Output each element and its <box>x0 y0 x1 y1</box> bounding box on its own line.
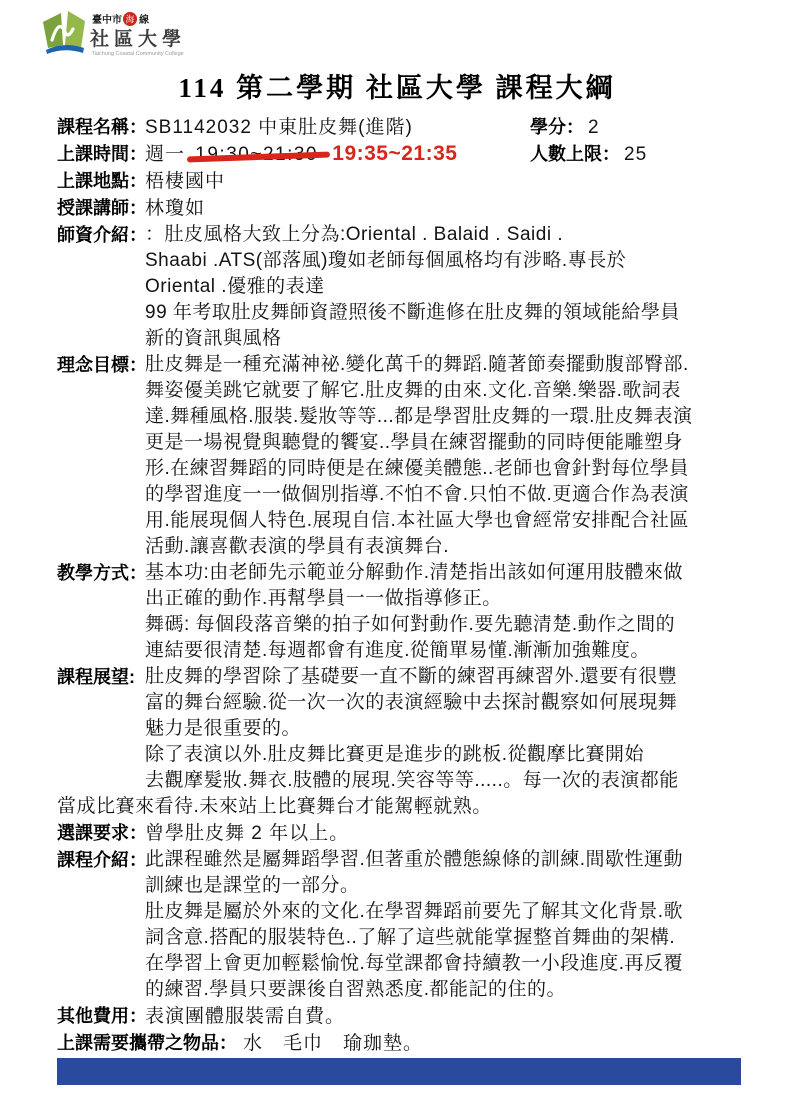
other-fees-row: 其他費用： 表演團體服裝需自費。 <box>57 1003 747 1030</box>
teaching-method-line: 基本功:由老師先示範並分解動作.清楚指出該如何運用肢體來做 <box>145 560 747 586</box>
logo-region-prefix: 臺中市 <box>92 13 122 26</box>
new-time-correction: 19:35~21:35 <box>332 142 457 165</box>
other-fees-label: 其他費用： <box>57 1003 145 1029</box>
logo-region-suffix: 線 <box>138 13 149 26</box>
syllabus-body: 課程名稱： SB1142032 中東肚皮舞(進階) 學分： 2 上課時間： 週一… <box>57 114 747 1057</box>
outlook-line: 魅力是很重要的。 <box>145 716 747 742</box>
capacity-label: 人數上限： <box>530 141 620 167</box>
course-intro-line: 此課程雖然是屬舞蹈學習.但著重於體態線條的訓練.間歇性運動 <box>145 847 747 873</box>
items-to-bring-value: 水 毛巾 瑜珈墊。 <box>243 1031 423 1057</box>
instructor-row: 授課講師： 林瓊如 <box>57 195 747 222</box>
course-intro-line: 在學習上會更加輕鬆愉悅.每堂課都會持續教一小段進度.再反覆 <box>145 951 747 977</box>
course-intro-section: 課程介紹： 此課程雖然是屬舞蹈學習.但著重於體態線條的訓練.間歇性運動 訓練也是… <box>57 847 747 1003</box>
requirement-label: 選課要求： <box>57 820 145 846</box>
teaching-method-line: 舞碼: 每個段落音樂的拍子如何對動作.要先聽清楚.動作之間的 <box>145 612 747 638</box>
old-time-struck: 19:30~21:30 <box>195 142 318 168</box>
instructor-label: 授課講師： <box>57 195 145 221</box>
teacher-intro-label: 師資介紹： <box>57 222 145 352</box>
goals-line: 更是一場視覺與聽覺的饗宴..學員在練習擺動的同時便能雕塑身 <box>145 430 747 456</box>
other-fees-value: 表演團體服裝需自費。 <box>145 1004 345 1030</box>
logo-text: 臺中市 海 線 社區大學 Taichung Coastal Community … <box>89 12 186 57</box>
course-name-row: 課程名稱： SB1142032 中東肚皮舞(進階) 學分： 2 <box>57 114 747 141</box>
seal-character: 海 <box>125 14 134 25</box>
requirement-value: 曾學肚皮舞 2 年以上。 <box>145 821 349 847</box>
goals-line: 活動.讓喜歡表演的學員有表演舞台. <box>145 534 747 560</box>
teaching-method-line: 連結要很清楚.每週都會有進度.從簡單易懂.漸漸加強難度。 <box>145 638 747 664</box>
course-intro-line: 詞含意.搭配的服裝特色..了解了這些就能掌握整首舞曲的架構. <box>145 925 747 951</box>
items-to-bring-row: 上課需要攜帶之物品： 水 毛巾 瑜珈墊。 <box>57 1030 747 1057</box>
location-value: 梧棲國中 <box>145 169 225 195</box>
outlook-line: 富的舞台經驗.從一次一次的表演經驗中去探討觀察如何展現舞 <box>145 690 747 716</box>
teaching-method-label: 教學方式： <box>57 560 145 664</box>
capacity-field: 人數上限： 25 <box>530 141 647 168</box>
teacher-intro-line: Shaabi .ATS(部落風)瓊如老師每個風格均有涉略.專長於 <box>145 248 747 274</box>
teacher-intro-line: 99 年考取肚皮舞師資證照後不斷進修在肚皮舞的領域能給學員 <box>145 300 747 326</box>
teacher-intro-line: 新的資訊與風格 <box>145 326 747 352</box>
course-intro-label: 課程介紹： <box>57 847 145 1003</box>
footer-blue-bar <box>57 1058 741 1085</box>
requirement-row: 選課要求： 曾學肚皮舞 2 年以上。 <box>57 820 747 847</box>
outlook-section: 課程展望: 肚皮舞的學習除了基礎要一直不斷的練習再練習外.還要有很豐 富的舞台經… <box>57 664 747 820</box>
credits-field: 學分： 2 <box>530 114 600 141</box>
goals-line: 用.能展現個人特色.展現自信.本社區大學也會經常安排配合社區 <box>145 508 747 534</box>
location-row: 上課地點： 梧棲國中 <box>57 168 747 195</box>
location-label: 上課地點： <box>57 168 145 194</box>
class-time-label: 上課時間： <box>57 141 145 167</box>
class-day: 週一 <box>145 144 185 165</box>
instructor-value: 林瓊如 <box>145 196 205 222</box>
teacher-intro-line: ：肚皮風格大致上分為:Oriental . Balaid . Saidi . <box>145 222 747 248</box>
teacher-intro-line: Oriental .優雅的表達 <box>145 274 747 300</box>
logo-english-name: Taichung Coastal Community College <box>92 51 184 57</box>
course-intro-line: 的練習.學員只要課後自習熟悉度.都能記的住的。 <box>145 977 747 1003</box>
goals-line: 舞姿優美跳它就要了解它.肚皮舞的由來.文化.音樂.樂器.歌詞表 <box>145 378 747 404</box>
outlook-line: 除了表演以外.肚皮舞比賽更是進步的跳板.從觀摩比賽開始 <box>145 742 747 768</box>
open-book-icon <box>43 11 85 54</box>
goals-label: 理念目標： <box>57 352 145 560</box>
teaching-method-line: 出正確的動作.再幫學員一一做指導修正。 <box>145 586 747 612</box>
course-intro-line: 訓練也是課堂的一部分。 <box>145 873 747 899</box>
capacity-value: 25 <box>624 142 647 168</box>
outlook-line: 去觀摩髮妝.舞衣.肢體的展現.笑容等等.....。每一次的表演都能 <box>145 768 747 794</box>
course-intro-line: 肚皮舞是屬於外來的文化.在學習舞蹈前要先了解其文化背景.歌 <box>145 899 747 925</box>
goals-line: 肚皮舞是一種充滿神祕.變化萬千的舞蹈.隨著節奏擺動腹部臀部. <box>145 352 747 378</box>
goals-line: 達.舞種風格.服裝.髮妝等等...都是學習肚皮舞的一環.肚皮舞表演 <box>145 404 747 430</box>
items-to-bring-label: 上課需要攜帶之物品： <box>57 1030 237 1056</box>
course-name-value: SB1142032 中東肚皮舞(進階) <box>145 115 413 141</box>
outlook-line: 當成比賽來看待.未來站上比賽舞台才能駕輕就熟。 <box>57 794 747 820</box>
goals-section: 理念目標： 肚皮舞是一種充滿神祕.變化萬千的舞蹈.隨著節奏擺動腹部臀部. 舞姿優… <box>57 352 747 560</box>
goals-line: 形.在練習舞蹈的同時便是在練優美體態..老師也會針對每位學員 <box>145 456 747 482</box>
outlook-line: 肚皮舞的學習除了基礎要一直不斷的練習再練習外.還要有很豐 <box>145 664 747 690</box>
class-time-row: 上課時間： 週一 19:30~21:30 19:35~21:35 人數上限： 2… <box>57 141 747 168</box>
teaching-method-section: 教學方式： 基本功:由老師先示範並分解動作.清楚指出該如何運用肢體來做 出正確的… <box>57 560 747 664</box>
teacher-intro-section: 師資介紹： ：肚皮風格大致上分為:Oriental . Balaid . Sai… <box>57 222 747 352</box>
school-logo: 臺中市 海 線 社區大學 Taichung Coastal Community … <box>40 8 192 58</box>
goals-line: 的學習進度一一做個別指導.不怕不會.只怕不做.更適合作為表演 <box>145 482 747 508</box>
credits-value: 2 <box>588 115 600 141</box>
logo-school-name: 社區大學 <box>89 27 186 50</box>
credits-label: 學分： <box>530 114 584 140</box>
course-name-label: 課程名稱： <box>57 114 145 140</box>
class-time-value: 週一 19:30~21:30 19:35~21:35 <box>145 141 457 168</box>
